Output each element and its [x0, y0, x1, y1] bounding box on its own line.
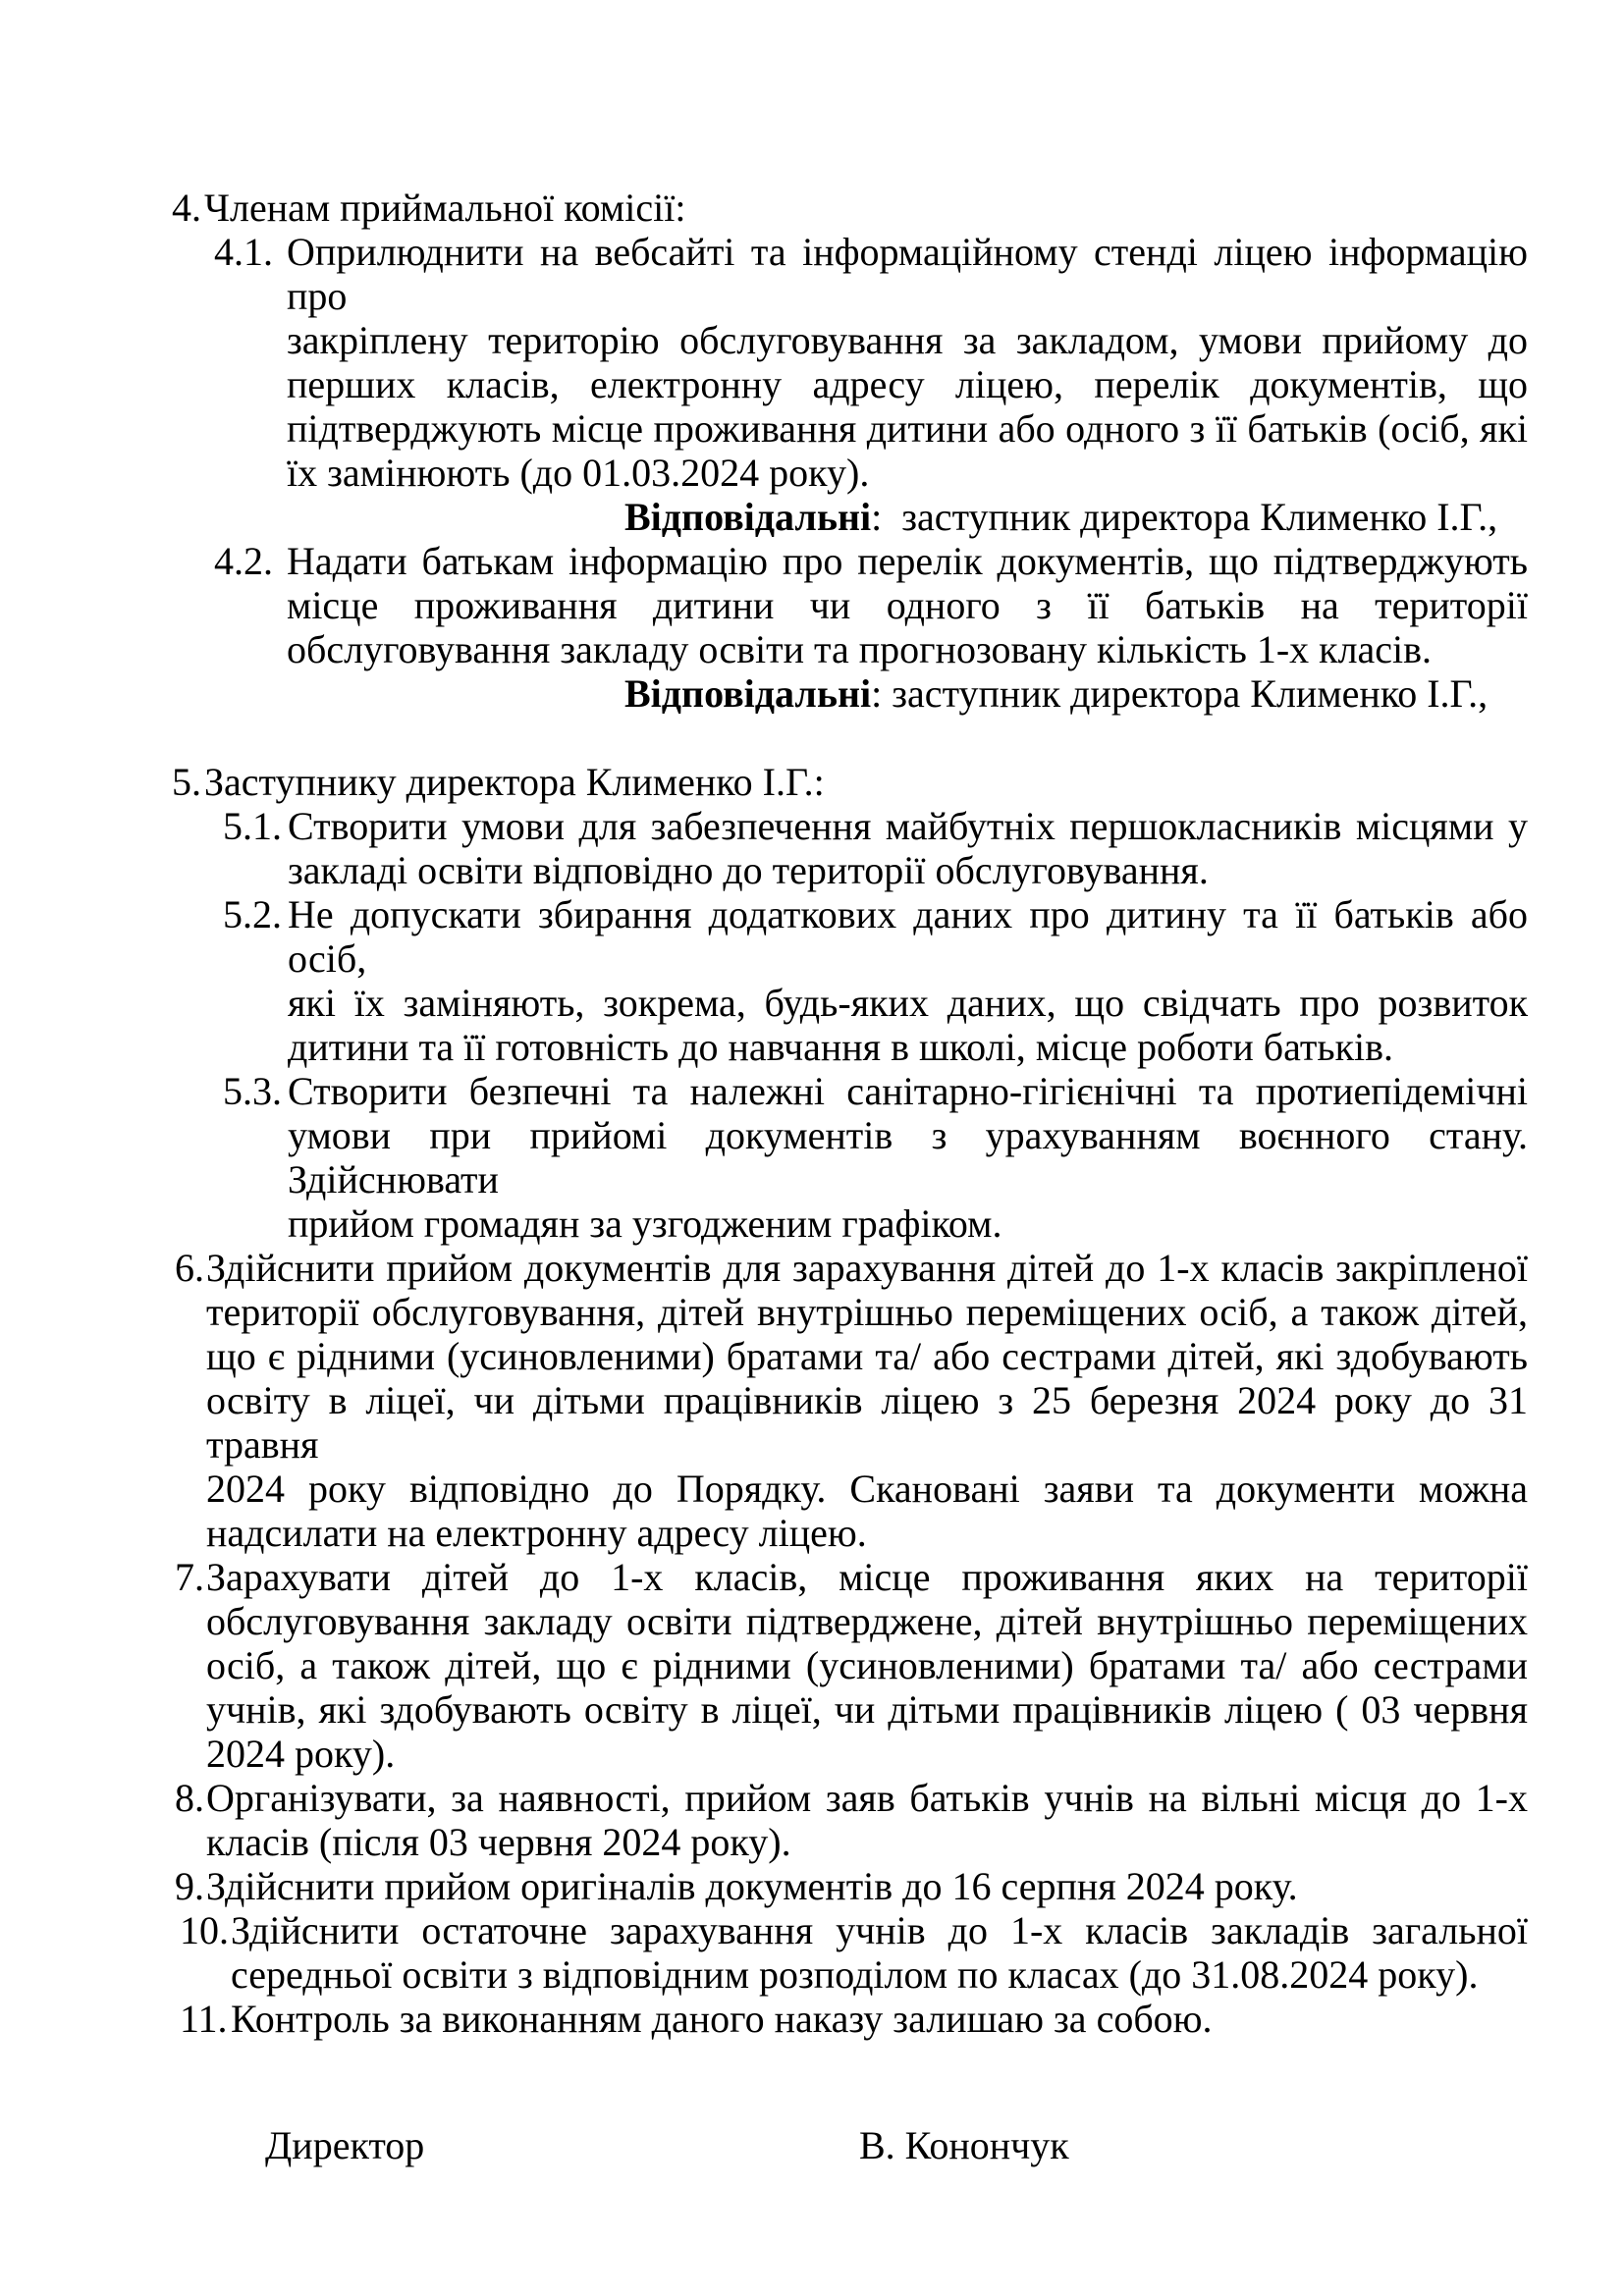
text-line: Заступнику директора Клименко І.Г.: [204, 760, 1528, 804]
text-line: середньої освіти з відповідним розподіло… [231, 1952, 1528, 1997]
list-item-5: 5.Заступнику директора Клименко І.Г.: [204, 760, 1528, 804]
list-marker: 8. [175, 1776, 204, 1820]
list-item-5-1: 5.1.Створити умови для забезпечення майб… [288, 804, 1528, 892]
text-line: території обслуговування, дітей внутрішн… [206, 1290, 1528, 1334]
text-line: Створити безпечні та належні санітарно-г… [288, 1069, 1528, 1113]
text-line: Зарахувати дітей до 1-х класів, місце пр… [206, 1555, 1528, 1599]
list-item-4: 4.Членам приймальної комісії: [204, 186, 1528, 230]
list-marker: 5.3. [223, 1069, 282, 1113]
responsible-label: Відповідальні [624, 495, 871, 539]
signature-name: В. Конончук [859, 2123, 1069, 2167]
responsible-label: Відповідальні [624, 671, 871, 716]
list-item-8: 8.Організувати, за наявності, прийом зая… [206, 1776, 1528, 1864]
text-line: учнів, які здобувають освіту в ліцеї, чи… [206, 1687, 1528, 1732]
vertical-space [0, 716, 1624, 760]
list-item-9: 9.Здійснити прийом оригіналів документів… [206, 1864, 1528, 1908]
responsible-text: : заступник директора Клименко І.Г., [871, 495, 1497, 539]
list-item-7: 7.Зарахувати дітей до 1-х класів, місце … [206, 1555, 1528, 1776]
text-line: освіту в ліцеї, чи дітьми працівників лі… [206, 1378, 1528, 1467]
text-line: Оприлюднити на вебсайті та інформаційном… [287, 230, 1528, 318]
text-line: Організувати, за наявності, прийом заяв … [206, 1776, 1528, 1820]
responsible-text: : заступник директора Клименко І.Г., [871, 671, 1488, 716]
text-line: що є рідними (усиновленими) братами та/ … [206, 1334, 1528, 1378]
text-line: їх замінюють (до 01.03.2024 року). [287, 451, 1528, 495]
text-line: Контроль за виконанням даного наказу зал… [231, 1997, 1528, 2041]
document-body: 4.Членам приймальної комісії:4.1.Оприлюд… [0, 186, 1624, 2167]
list-marker: 11. [180, 1997, 228, 2041]
text-line: Здійснити прийом оригіналів документів д… [206, 1864, 1528, 1908]
list-marker: 5.2. [223, 892, 282, 936]
text-line: прийом громадян за узгодженим графіком. [288, 1201, 1528, 1246]
responsible-line: Відповідальні: заступник директора Климе… [624, 671, 1624, 716]
text-line: Здійснити остаточне зарахування учнів до… [231, 1908, 1528, 1952]
list-marker: 10. [180, 1908, 229, 1952]
text-line: осіб, а також дітей, що є рідними (усино… [206, 1643, 1528, 1687]
text-line: перших класів, електронну адресу ліцею, … [287, 362, 1528, 406]
list-marker: 4. [172, 186, 201, 230]
list-item-6: 6.Здійснити прийом документів для зараху… [206, 1246, 1528, 1555]
responsible-line: Відповідальні: заступник директора Климе… [624, 495, 1624, 539]
text-line: підтверджують місце проживання дитини аб… [287, 406, 1528, 451]
vertical-space [0, 2041, 1624, 2123]
text-line: умови при прийомі документів з урахуванн… [288, 1113, 1528, 1201]
text-line: класів (після 03 червня 2024 року). [206, 1820, 1528, 1864]
list-item-10: 10.Здійснити остаточне зарахування учнів… [231, 1908, 1528, 1997]
list-marker: 5.1. [223, 804, 282, 848]
list-marker: 4.2. [214, 539, 273, 583]
text-line: 2024 року відповідно до Порядку. Сканова… [206, 1467, 1528, 1511]
text-line: які їх заміняють, зокрема, будь-яких дан… [288, 981, 1528, 1025]
list-item-5-2: 5.2.Не допускати збирання додаткових дан… [288, 892, 1528, 1069]
document-page: 4.Членам приймальної комісії:4.1.Оприлюд… [0, 0, 1624, 2296]
text-line: Здійснити прийом документів для зарахува… [206, 1246, 1528, 1290]
text-line: обслуговування закладу освіти підтвердже… [206, 1599, 1528, 1643]
text-line: обслуговування закладу освіти та прогноз… [287, 627, 1528, 671]
text-line: Членам приймальної комісії: [204, 186, 1528, 230]
text-line: закріплену територію обслуговування за з… [287, 318, 1528, 362]
text-line: дитини та її готовність до навчання в шк… [288, 1025, 1528, 1069]
director-label: Директор [265, 2123, 424, 2167]
list-marker: 7. [175, 1555, 204, 1599]
text-line: Створити умови для забезпечення майбутні… [288, 804, 1528, 848]
list-marker: 5. [172, 760, 201, 804]
text-line: надсилати на електронну адресу ліцею. [206, 1511, 1528, 1555]
list-marker: 9. [175, 1864, 204, 1908]
text-line: місце проживання дитини чи одного з її б… [287, 583, 1528, 627]
text-line: 2024 року). [206, 1732, 1528, 1776]
signature-row: ДиректорВ. Конончук [0, 2123, 1624, 2167]
list-item-4-2: 4.2.Надати батькам інформацію про перелі… [287, 539, 1528, 671]
text-line: Надати батькам інформацію про перелік до… [287, 539, 1528, 583]
list-item-11: 11.Контроль за виконанням даного наказу … [231, 1997, 1528, 2041]
list-item-4-1: 4.1.Оприлюднити на вебсайті та інформаці… [287, 230, 1528, 495]
list-item-5-3: 5.3.Створити безпечні та належні санітар… [288, 1069, 1528, 1246]
list-marker: 6. [175, 1246, 204, 1290]
list-marker: 4.1. [214, 230, 273, 274]
text-line: закладі освіти відповідно до території о… [288, 848, 1528, 892]
text-line: Не допускати збирання додаткових даних п… [288, 892, 1528, 981]
